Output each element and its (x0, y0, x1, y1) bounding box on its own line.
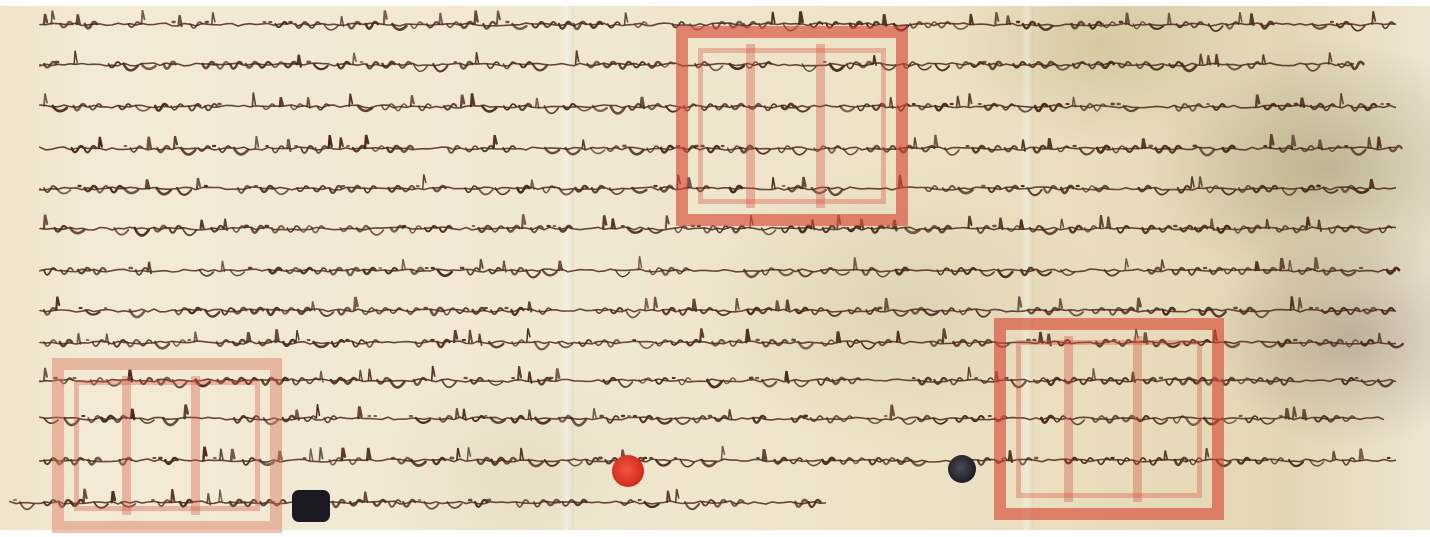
red-square-seal (676, 26, 908, 226)
red-round-seal (612, 455, 644, 487)
black-round-seal (948, 455, 976, 483)
red-square-seal (52, 358, 282, 533)
red-square-seal (994, 318, 1224, 520)
black-square-seal (292, 490, 330, 522)
script-line (40, 254, 1400, 284)
